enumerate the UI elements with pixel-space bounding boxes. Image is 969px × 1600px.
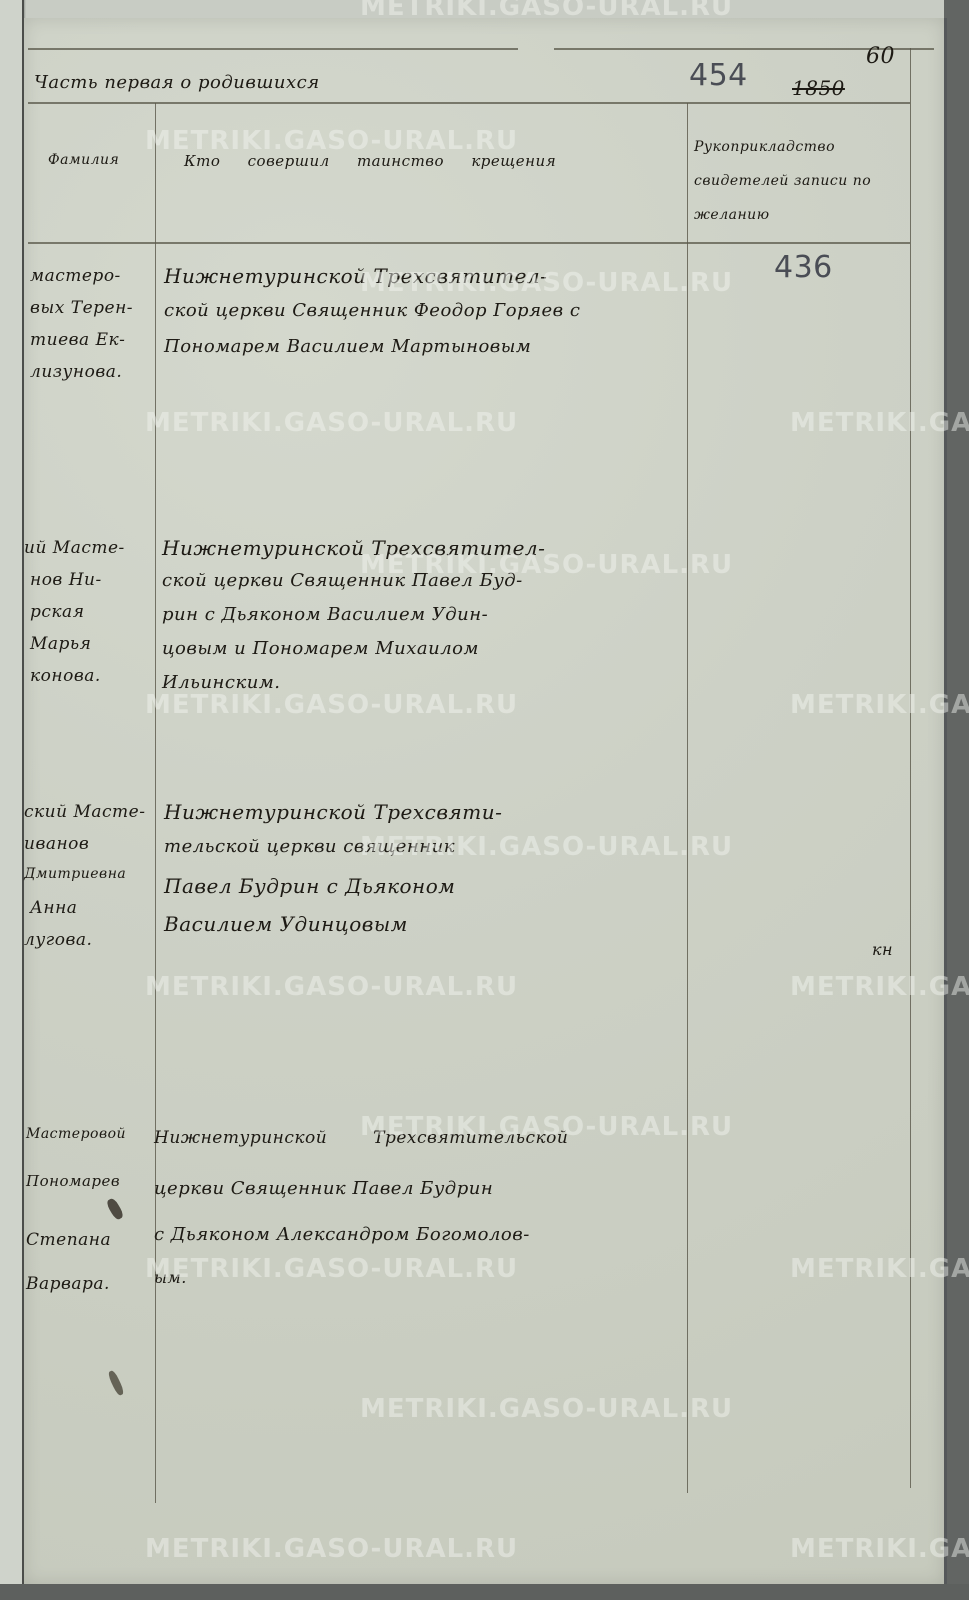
previous-page-edge [0, 0, 24, 1600]
year-pencil: 1850 [792, 76, 845, 100]
watermark: METRIKI.GASO-URAL.RU [790, 690, 969, 720]
watermark: METRIKI.GASO-URAL.RU [145, 408, 518, 438]
column-header-rule [28, 242, 910, 244]
column-header-witnesses: Рукоприкладство свидетелей записи по жел… [694, 130, 894, 232]
watermark: METRIKI.GASO-URAL.RU [790, 1534, 969, 1564]
watermark: METRIKI.GASO-URAL.RU [360, 1394, 733, 1424]
page-number: 60 [866, 44, 895, 69]
header-top-rule [28, 48, 518, 50]
section-title: Часть первая о родившихся [34, 72, 320, 93]
ink-blot [105, 1197, 125, 1221]
header-title-rule [28, 102, 910, 104]
watermark: METRIKI.GASO-URAL.RU [360, 268, 733, 298]
entry-number: 436 [774, 250, 833, 285]
watermark: METRIKI.GASO-URAL.RU [360, 0, 733, 22]
watermark: METRIKI.GASO-URAL.RU [145, 690, 518, 720]
watermark: METRIKI.GASO-URAL.RU [360, 832, 733, 862]
column-divider-2 [687, 103, 688, 1493]
watermark: METRIKI.GASO-URAL.RU [360, 550, 733, 580]
watermark: METRIKI.GASO-URAL.RU [145, 972, 518, 1002]
archive-number: 454 [689, 58, 748, 93]
column-divider-1 [155, 103, 156, 1503]
watermark: METRIKI.GASO-URAL.RU [145, 1254, 518, 1284]
column-header-surname: Фамилия [48, 152, 119, 168]
watermark: METRIKI.GASO-URAL.RU [145, 1534, 518, 1564]
register-page: Часть первая о родившихся 454 1850 60 Фа… [24, 18, 947, 1584]
scan-right-edge [944, 0, 969, 1600]
scan-bottom-edge [0, 1584, 969, 1600]
ink-smudge [107, 1370, 125, 1397]
watermark: METRIKI.GASO-URAL.RU [790, 972, 969, 1002]
watermark: METRIKI.GASO-URAL.RU [145, 126, 518, 156]
margin-note: кн [872, 940, 893, 959]
watermark: METRIKI.GASO-URAL.RU [790, 1254, 969, 1284]
watermark: METRIKI.GASO-URAL.RU [790, 408, 969, 438]
watermark: METRIKI.GASO-URAL.RU [360, 1112, 733, 1142]
